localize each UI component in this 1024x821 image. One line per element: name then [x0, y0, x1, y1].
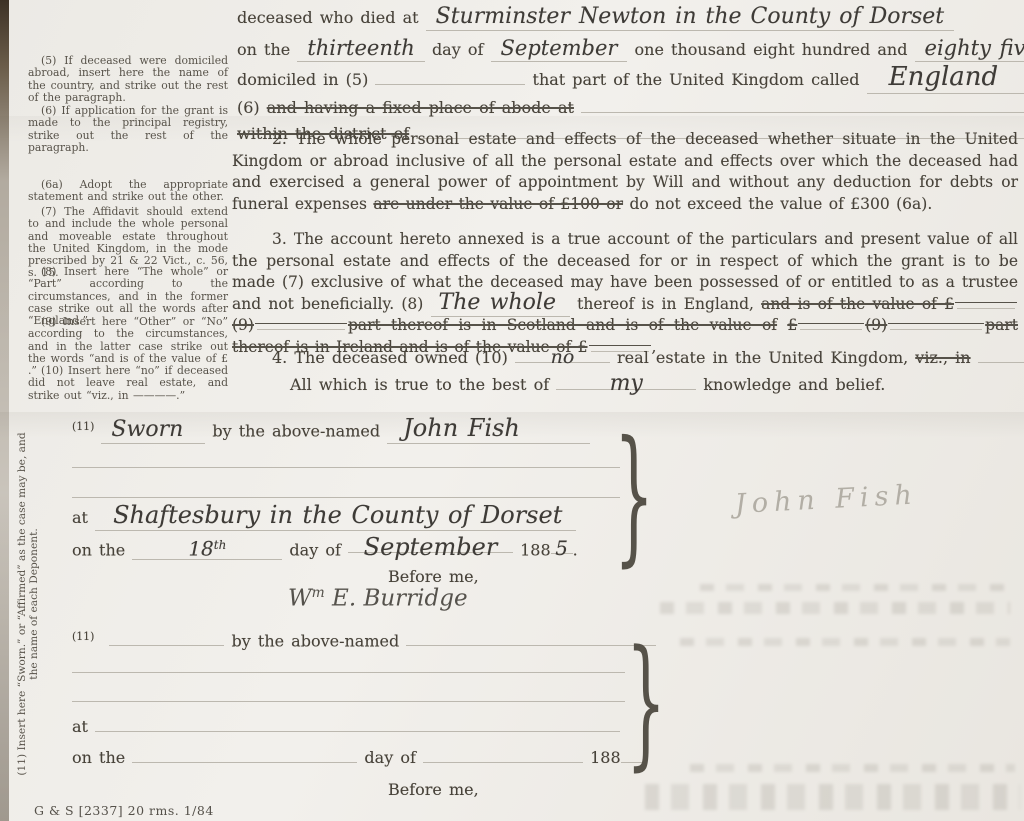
- blank-line: [72, 455, 620, 468]
- hw-deponent-name: John Fish: [387, 414, 590, 444]
- hw-sworn-month: September: [348, 542, 513, 553]
- truth-text-2: knowledge and belief.: [703, 375, 885, 394]
- margin-note-5: (5) If deceased were domiciled abroad, i…: [28, 55, 228, 104]
- hw-country: England: [867, 62, 1024, 94]
- blank-line: [406, 632, 656, 646]
- before-me-label-2: Before me,: [388, 780, 479, 799]
- label-day-of-2: day of: [364, 748, 415, 767]
- ref-11: (11): [72, 420, 94, 433]
- brace-right-sworn1: }: [614, 423, 654, 570]
- blank-line: [72, 689, 625, 702]
- label-at: at: [72, 508, 88, 527]
- sworn2-at-row: at: [72, 717, 620, 736]
- hw-sworn-day-blank: 18th: [132, 540, 282, 560]
- blank-line-struck: [957, 296, 1015, 309]
- hw-no-real-estate: no: [515, 352, 610, 363]
- label-period: .: [573, 540, 578, 559]
- label-188-2: 188: [590, 748, 621, 767]
- document-page: deceased who died at Sturminster Newton …: [0, 0, 1024, 821]
- hw-the-whole: The whole: [431, 290, 570, 317]
- label-188: 188: [520, 540, 551, 559]
- bleed-through-area: [700, 584, 1010, 591]
- ref-11b: (11): [72, 630, 94, 643]
- sworn2-row: (11) by the above-named: [72, 630, 656, 650]
- header-line-death-date: on the thirteenth day of September one t…: [237, 40, 1024, 59]
- para2-struck-value: are under the value of £100 or: [373, 195, 623, 213]
- header-line-domiciled: domiciled in (5) that part of the United…: [237, 70, 1024, 89]
- label-at-2: at: [72, 717, 88, 736]
- paragraph-4: 4. The deceased owned (10) no real estat…: [272, 348, 1024, 367]
- label-day-of: day of: [432, 40, 483, 59]
- bleed-through-area: [690, 764, 1015, 772]
- printer-imprint: G & S [2337] 20 rms. 1/84: [34, 803, 214, 818]
- label-uk-part: that part of the United Kingdom called: [533, 70, 860, 89]
- hw-commissioner-signature: Wm E. Burridge: [288, 588, 468, 604]
- para3-struck-scotland-2: part thereof is in Scotland and is of th…: [348, 316, 777, 334]
- margin-note-6: (6) If application for the grant is made…: [28, 105, 228, 154]
- blank-line: [978, 349, 1024, 363]
- blank-line-struck: [800, 317, 862, 330]
- blank-line: [95, 718, 620, 732]
- bleed-through-area: [645, 784, 1020, 810]
- hw-sworn-year-digit: 5: [551, 543, 573, 554]
- para4-text-2: real estate in the United Kingdom,: [617, 348, 908, 367]
- label-on-the: on the: [72, 540, 125, 559]
- blank-line-struck: [257, 317, 345, 330]
- hw-sworn: Sworn: [101, 417, 205, 444]
- para3-struck-ireland-1: £: [787, 316, 797, 334]
- scan-left-edge-shadow: [0, 0, 9, 821]
- ref-9: (9): [232, 316, 254, 334]
- witness-sup: m: [312, 585, 325, 601]
- blank-line: [132, 749, 357, 763]
- struck-viz-in: viz., in: [915, 348, 970, 367]
- sworn1-at-row: at Shaftesbury in the County of Dorset: [72, 508, 576, 527]
- label-died-at: deceased who died at: [237, 8, 419, 27]
- sworn1-row: (11) Sworn by the above-named John Fish: [72, 420, 590, 440]
- blank-line: [72, 485, 620, 498]
- ref-6: (6): [237, 98, 260, 117]
- label-by-above-named-2: by the above-named: [232, 631, 400, 650]
- hw-death-month: September: [491, 36, 628, 62]
- para3-struck-scotland-1: and is of the value of £: [761, 295, 954, 313]
- sworn1-date-row: on the 18th day of September 1885.: [72, 540, 578, 560]
- label-on-the-2: on the: [72, 748, 125, 767]
- label-domiciled-in: domiciled in (5): [237, 70, 368, 89]
- hw-deponent-signature-faint: John Fish: [735, 490, 918, 510]
- blank-line: [375, 71, 525, 85]
- blank-line: [581, 99, 1024, 113]
- witness-initial: W: [288, 586, 312, 612]
- margin-note-6a: (6a) Adopt the appropriate statement and…: [28, 179, 228, 204]
- witness-rest: E. Burridge: [325, 586, 468, 612]
- label-day-of: day of: [289, 540, 340, 559]
- header-line-abode: (6) and having a fixed place of abode at: [237, 98, 1024, 117]
- hw-my: my: [556, 379, 696, 390]
- hw-sworn-place: Shaftesbury in the County of Dorset: [95, 501, 576, 531]
- para2-text-end: do not exceed the value of £300 (6a).: [623, 195, 932, 213]
- blank-line-struck: [890, 317, 982, 330]
- margin-note-11-vertical: (11) Insert here “Sworn.” or “Affirmed” …: [16, 428, 40, 780]
- ref-9b: (9): [865, 316, 887, 334]
- hw-death-year: eighty five: [915, 36, 1024, 62]
- before-me-text: Before me,: [388, 567, 479, 586]
- before-me-text-2: Before me,: [388, 780, 479, 799]
- margin-note-10: (10) Insert here “no” if deceased did no…: [28, 365, 228, 402]
- struck-abode-text: and having a fixed place of abode at: [267, 98, 574, 117]
- blank-line: [423, 749, 583, 763]
- label-year-words: one thousand eight hundred and: [635, 40, 908, 59]
- blank-line: [109, 632, 224, 646]
- before-me-label: Before me,: [388, 567, 479, 586]
- para3-text-2: thereof is in England,: [570, 295, 761, 313]
- label-on-the: on the: [237, 40, 290, 59]
- bleed-through-area: [680, 638, 1010, 646]
- bleed-through-area: [660, 602, 1010, 614]
- brace-right-sworn2: }: [626, 633, 666, 774]
- truth-text: All which is true to the best of: [290, 375, 549, 394]
- paragraph-3: 3. The account hereto annexed is a true …: [232, 229, 1018, 358]
- hw-death-day: thirteenth: [297, 36, 425, 62]
- para4-text: 4. The deceased owned (10): [272, 348, 508, 367]
- hw-sworn-day-suffix: th: [214, 538, 227, 552]
- blank-line: [72, 660, 625, 673]
- hw-sworn-day: 18: [188, 536, 213, 560]
- hw-death-place: Sturminster Newton in the County of Dors…: [426, 4, 955, 31]
- header-line-died-at: deceased who died at Sturminster Newton …: [237, 8, 954, 27]
- sworn2-date-row: on the day of 188.: [72, 748, 648, 767]
- truth-statement: All which is true to the best of my know…: [290, 375, 885, 394]
- paragraph-2: 2. The whole personal estate and effects…: [232, 129, 1018, 215]
- label-by-above-named: by the above-named: [212, 421, 380, 440]
